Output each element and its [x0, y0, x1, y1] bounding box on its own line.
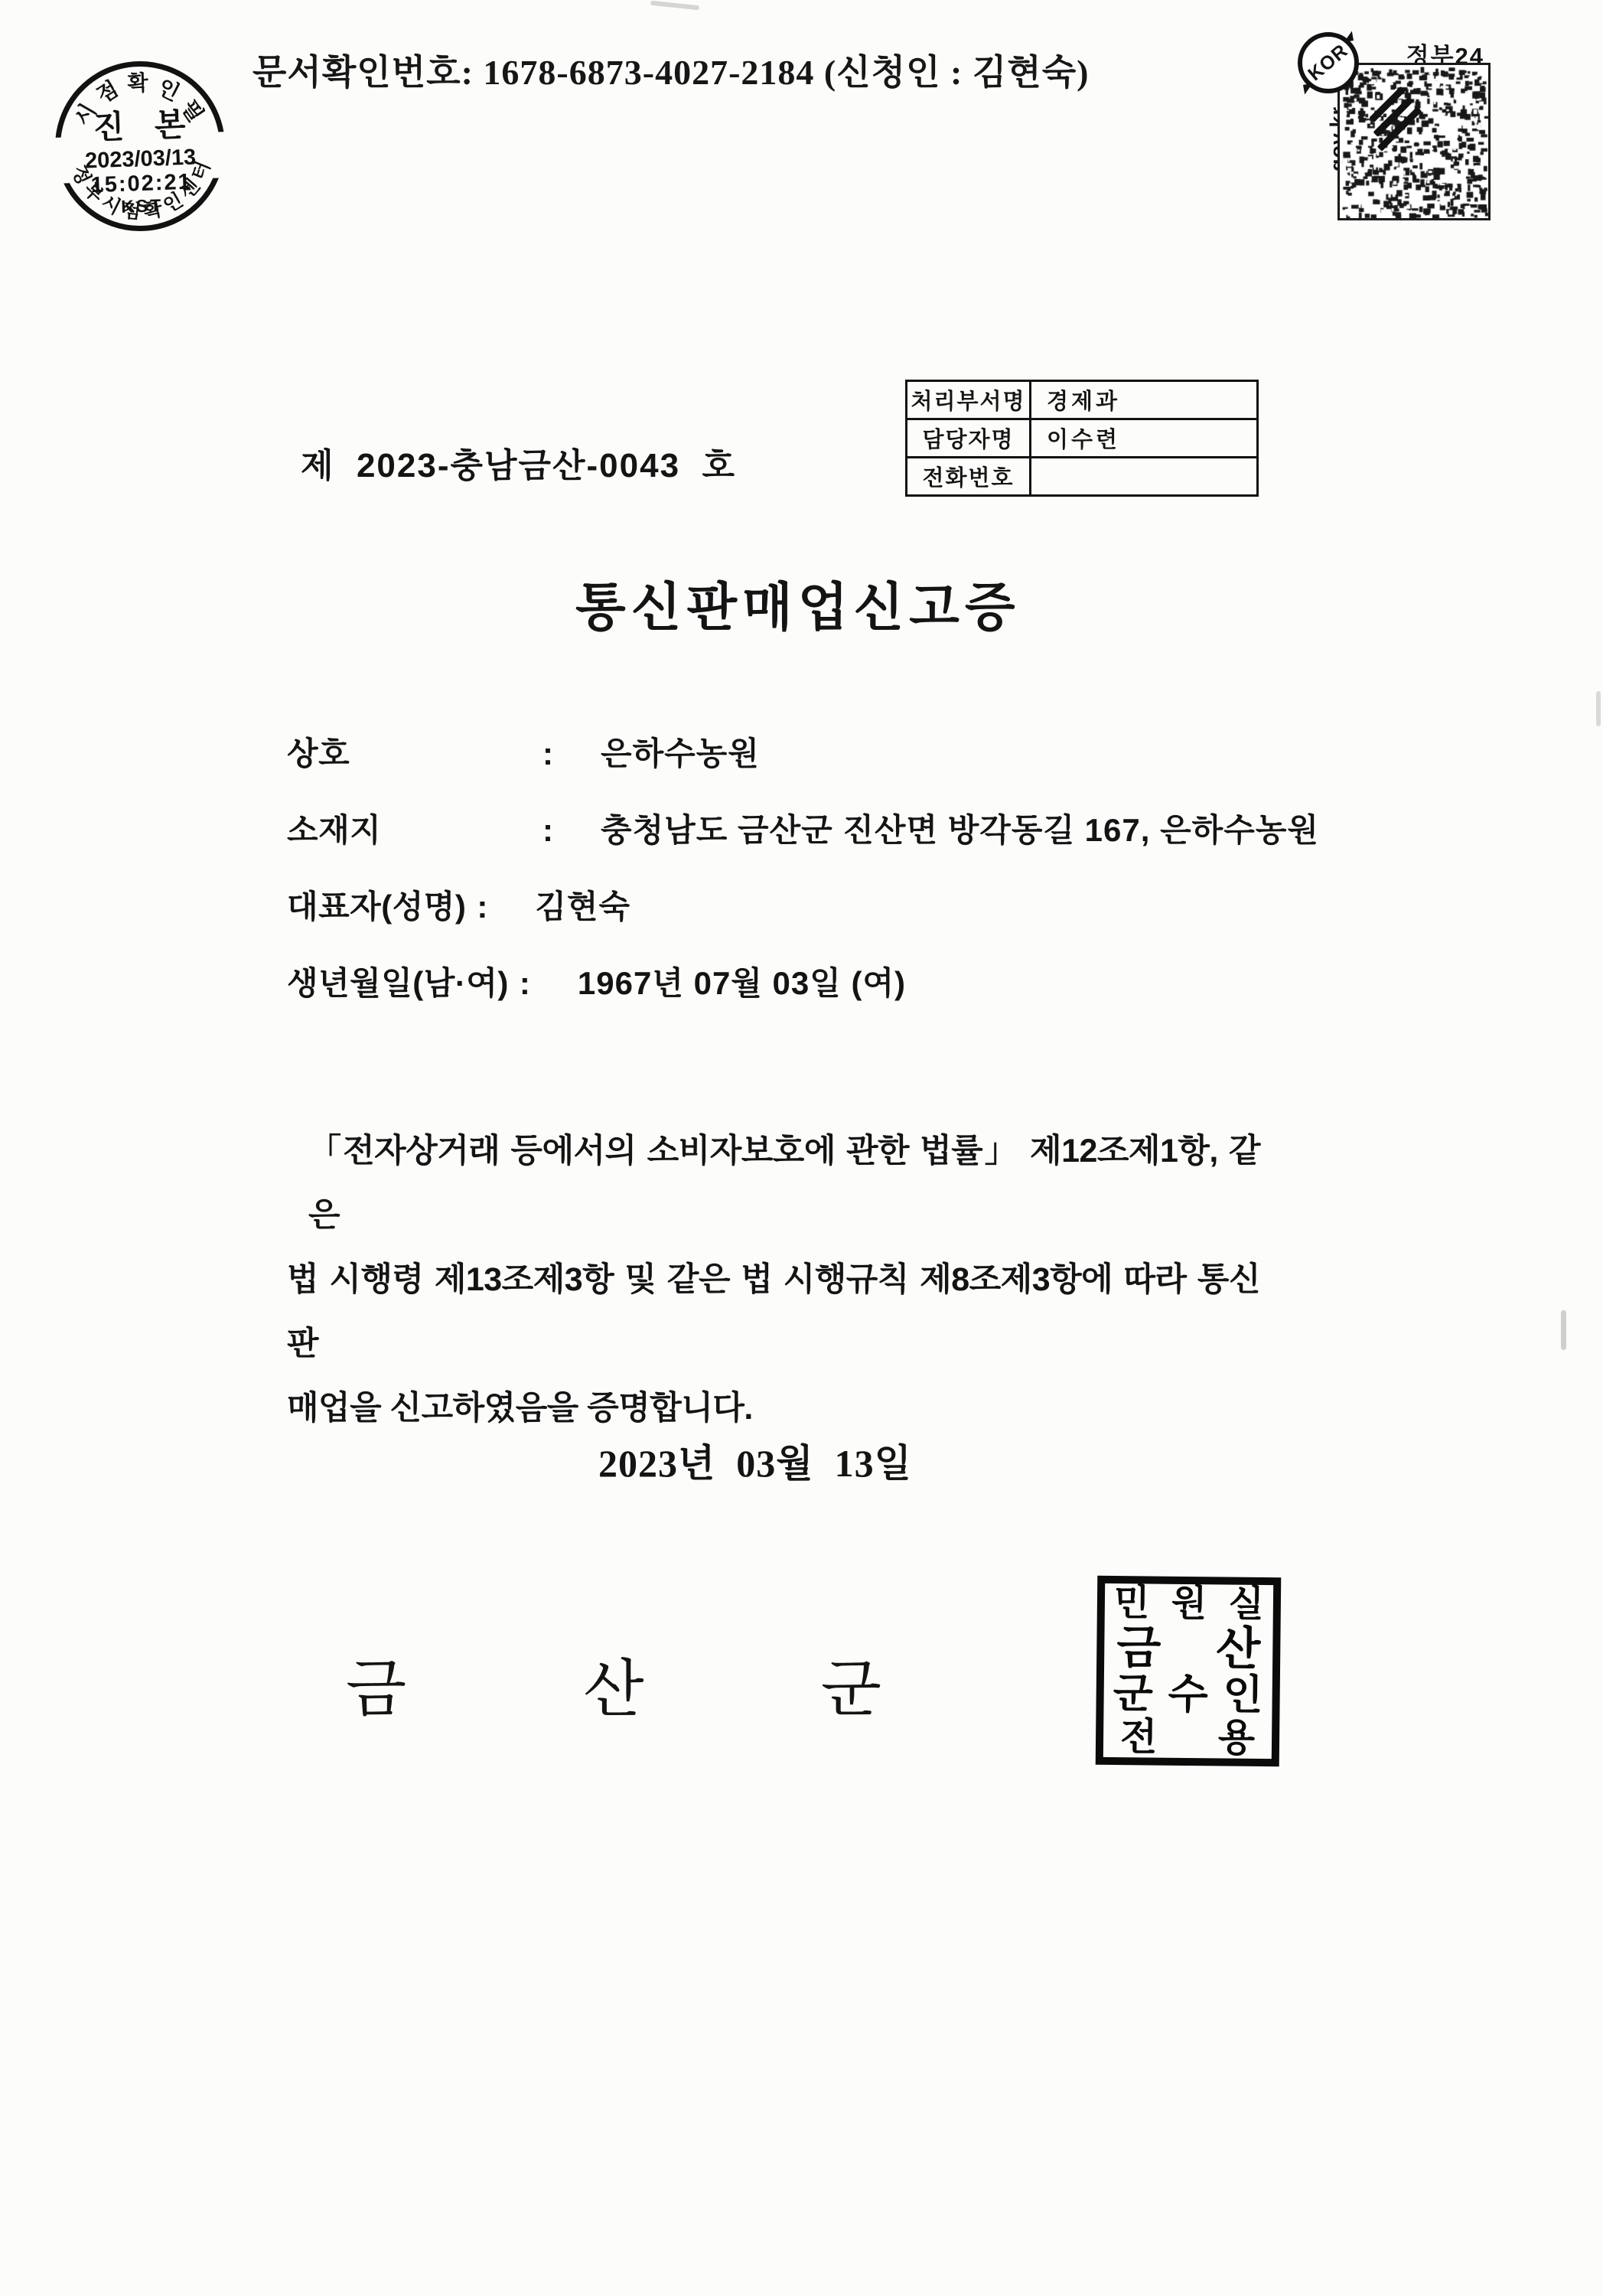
seal-char: 민: [1114, 1585, 1150, 1622]
scan-artifact: [1561, 1310, 1566, 1350]
field-value: 충청남도 금산군 진산면 방각동길 167, 은하수농원: [601, 805, 1319, 851]
colon: :: [542, 735, 553, 772]
field-address: 소재지:충청남도 금산군 진산면 방각동길 167, 은하수농원: [287, 805, 1282, 882]
seal-char: 산: [1216, 1626, 1261, 1672]
time-verification-stamp: 시점확인필 정부시점확인센터 진 본 2023/03/13 15:02:21 K…: [52, 58, 228, 234]
phone-value: [1031, 458, 1258, 496]
kor-arrow-icon: [1293, 75, 1312, 94]
gov24-barcode-block: 정부24 gov.kr KOR: [1292, 28, 1506, 234]
seal-char: 실: [1228, 1586, 1264, 1623]
field-label: 대표자(성명): [287, 882, 466, 928]
dept-name-label: 처리부서명: [907, 381, 1031, 419]
seal-row: 금산: [1104, 1624, 1273, 1671]
seal-row: 군수인: [1103, 1673, 1272, 1716]
table-row: 담당자명 이수련: [907, 419, 1258, 458]
issuing-authority: 금 산 군: [346, 1639, 881, 1729]
barcode-image: [1337, 63, 1491, 220]
kor-logo-text: KOR: [1304, 40, 1353, 86]
kor-logo-icon: KOR: [1298, 32, 1359, 93]
document-check-number: 문서확인번호: 1678-6873-4027-2184 (신청인 : 김현숙): [253, 44, 1089, 95]
seal-char: 인: [1223, 1675, 1263, 1717]
field-value: 은하수농원: [601, 729, 760, 775]
authority-char: 금: [346, 1639, 406, 1729]
phone-label: 전화번호: [907, 458, 1031, 496]
certificate-page: 문서확인번호: 1678-6873-4027-2184 (신청인 : 김현숙) …: [0, 0, 1603, 2296]
authority-char: 산: [583, 1639, 643, 1729]
statement-line: 매업을 신고하였음을 증명합니다.: [287, 1376, 1260, 1440]
issue-date: 2023년 03월 13일: [598, 1433, 912, 1488]
scan-artifact: [1596, 691, 1601, 726]
statement-line: 「전자상거래 등에서의 소비자보호에 관한 법률」 제12조제1항, 같은: [287, 1119, 1260, 1247]
seal-row: 전용: [1103, 1717, 1272, 1757]
seal-char: 용: [1218, 1719, 1256, 1758]
officer-name-value: 이수련: [1031, 419, 1258, 458]
document-number: 제 2023-충남금산-0043 호: [301, 438, 736, 487]
colon: :: [520, 965, 530, 1002]
seal-char: 전: [1120, 1717, 1158, 1756]
barcode-noise: [1341, 67, 1488, 218]
field-birthdate: 생년월일(남·여):1967년 07월 03일 (여): [287, 958, 1282, 1035]
seal-row: 민원실: [1105, 1585, 1273, 1623]
field-label: 생년월일(남·여): [287, 958, 509, 1004]
field-label: 소재지: [287, 805, 532, 851]
stamp-original-label: 진 본: [54, 107, 224, 145]
page-title: 통신판매업신고증: [575, 566, 1021, 641]
field-value: 1967년 07월 03일 (여): [578, 958, 906, 1004]
scan-artifact: [650, 1, 699, 11]
field-representative: 대표자(성명):김현숙: [287, 882, 1282, 958]
colon: :: [477, 889, 487, 925]
table-row: 처리부서명 경제과: [907, 381, 1258, 419]
field-value: 김현숙: [535, 882, 630, 928]
table-row: 전화번호: [907, 458, 1258, 496]
seal-char: 금: [1116, 1625, 1162, 1671]
seal-char: 원: [1171, 1586, 1207, 1623]
field-list: 상호:은하수농원 소재지:충청남도 금산군 진산면 방각동길 167, 은하수농…: [287, 729, 1282, 1035]
processing-dept-table: 처리부서명 경제과 담당자명 이수련 전화번호: [905, 380, 1259, 497]
statement-line: 법 시행령 제13조제3항 및 같은 법 시행규칙 제8조제3항에 따라 통신판: [287, 1247, 1260, 1376]
field-label: 상호: [287, 729, 532, 775]
dept-name-value: 경제과: [1031, 381, 1258, 419]
colon: :: [542, 812, 553, 849]
seal-char: 군: [1113, 1673, 1153, 1715]
official-seal-stamp: 민원실 금산 군수인 전용: [1096, 1576, 1282, 1766]
field-trade-name: 상호:은하수농원: [287, 729, 1282, 805]
seal-char: 수: [1168, 1674, 1208, 1716]
authority-char: 군: [821, 1639, 881, 1729]
certification-statement: 「전자상거래 등에서의 소비자보호에 관한 법률」 제12조제1항, 같은 법 …: [287, 1119, 1260, 1440]
kor-arrow-icon: [1344, 31, 1363, 50]
officer-name-label: 담당자명: [907, 419, 1031, 458]
